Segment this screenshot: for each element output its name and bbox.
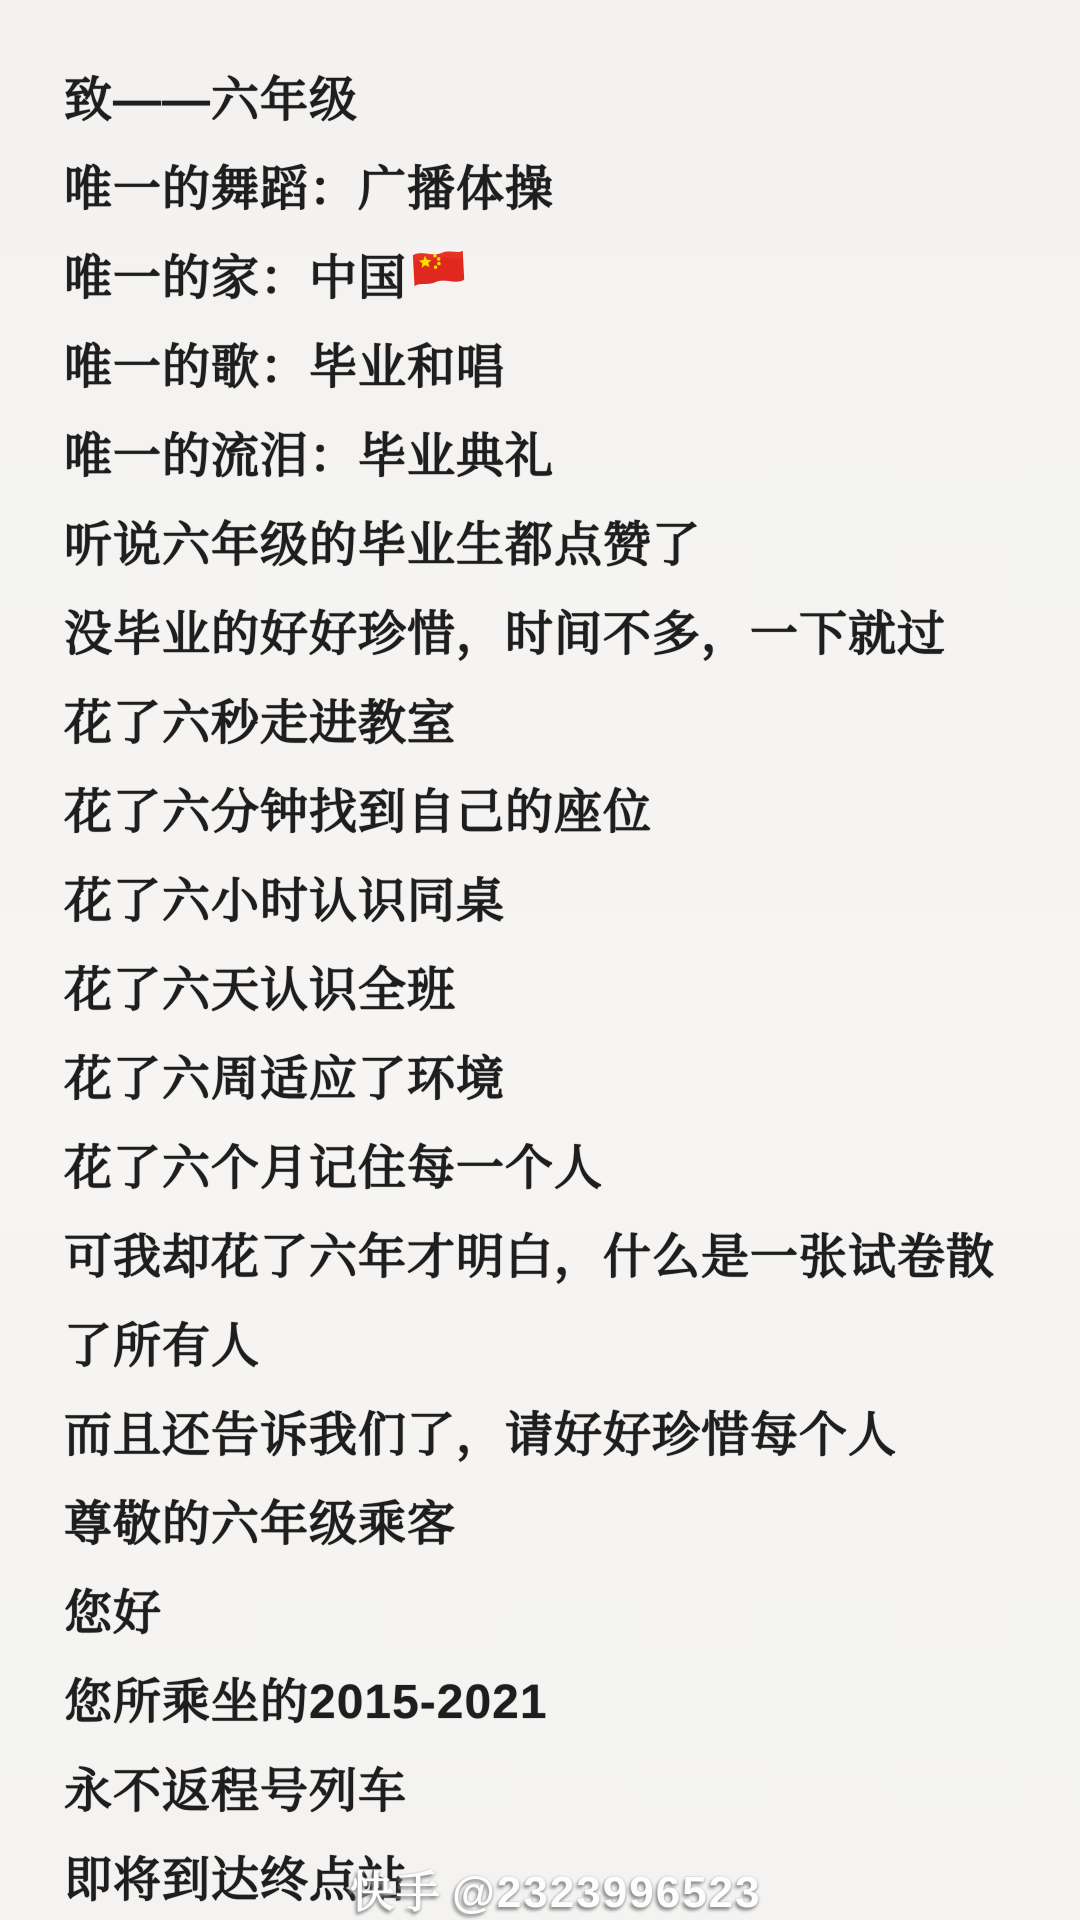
text-line-content: 致——六年级: [64, 61, 358, 130]
text-line: 听说六年级的毕业生都点赞了: [64, 496, 995, 585]
text-line: 而且还告诉我们了，请好好珍惜每个人: [64, 1386, 995, 1475]
text-line-content: 您所乘坐的2015-2021: [64, 1663, 548, 1732]
text-line: 唯一的流泪：毕业典礼: [64, 407, 995, 496]
text-line-content: 可我却花了六年才明白，什么是一张试卷散: [64, 1218, 995, 1287]
text-line-content: 花了六天认识全班: [64, 951, 456, 1020]
text-line: 了所有人: [64, 1297, 995, 1386]
text-line-content: 唯一的流泪：毕业典礼: [64, 417, 554, 486]
text-line: 永不返程号列车: [64, 1742, 995, 1831]
text-line: 花了六分钟找到自己的座位: [64, 763, 995, 852]
text-line-content: 没毕业的好好珍惜，时间不多，一下就过: [64, 595, 946, 664]
text-line: 可我却花了六年才明白，什么是一张试卷散: [64, 1208, 995, 1297]
text-line-content: 唯一的家：中国: [64, 239, 407, 308]
text-line-content: 花了六周适应了环境: [64, 1040, 505, 1109]
text-line-content: 您好: [64, 1574, 162, 1643]
post-image: 致——六年级唯一的舞蹈：广播体操唯一的家：中国 唯一的歌：毕业和唱唯一的流泪：毕…: [0, 0, 1080, 1920]
text-line-content: 唯一的歌：毕业和唱: [64, 328, 505, 397]
text-line-content: 永不返程号列车: [64, 1752, 407, 1821]
text-line: 唯一的舞蹈：广播体操: [64, 140, 995, 229]
text-line: 唯一的歌：毕业和唱: [64, 318, 995, 407]
text-line: 尊敬的六年级乘客: [64, 1475, 995, 1564]
text-line-content: 花了六个月记住每一个人: [64, 1129, 603, 1198]
text-line-content: 唯一的舞蹈：广播体操: [64, 150, 554, 219]
text-line: 花了六周适应了环境: [64, 1030, 995, 1119]
poem-text: 致——六年级唯一的舞蹈：广播体操唯一的家：中国 唯一的歌：毕业和唱唯一的流泪：毕…: [64, 51, 995, 1920]
text-line: 唯一的家：中国: [64, 229, 995, 318]
kuaishou-brand-label: 快手: [350, 1868, 442, 1917]
china-flag-icon: [410, 245, 469, 306]
text-line: 致——六年级: [64, 51, 995, 140]
text-line-content: 听说六年级的毕业生都点赞了: [64, 506, 701, 575]
text-line: 花了六小时认识同桌: [64, 852, 995, 941]
text-line: 花了六秒走进教室: [64, 674, 995, 763]
text-line: 您所乘坐的2015-2021: [64, 1653, 995, 1742]
text-line: 您好: [64, 1564, 995, 1653]
kuaishou-user-id: @2323996523: [452, 1868, 762, 1917]
text-line-content: 花了六分钟找到自己的座位: [64, 773, 652, 842]
text-line-content: 花了六小时认识同桌: [64, 862, 505, 931]
text-line-content: 尊敬的六年级乘客: [64, 1485, 456, 1554]
text-line-content: 了所有人: [64, 1307, 260, 1376]
text-line: 没毕业的好好珍惜，时间不多，一下就过: [64, 585, 995, 674]
text-line-content: 而且还告诉我们了，请好好珍惜每个人: [64, 1396, 897, 1465]
text-line: 花了六个月记住每一个人: [64, 1119, 995, 1208]
text-line: 花了六天认识全班: [64, 941, 995, 1030]
text-line-content: 花了六秒走进教室: [64, 684, 456, 753]
kuaishou-watermark: 快手@2323996523: [350, 1856, 762, 1920]
